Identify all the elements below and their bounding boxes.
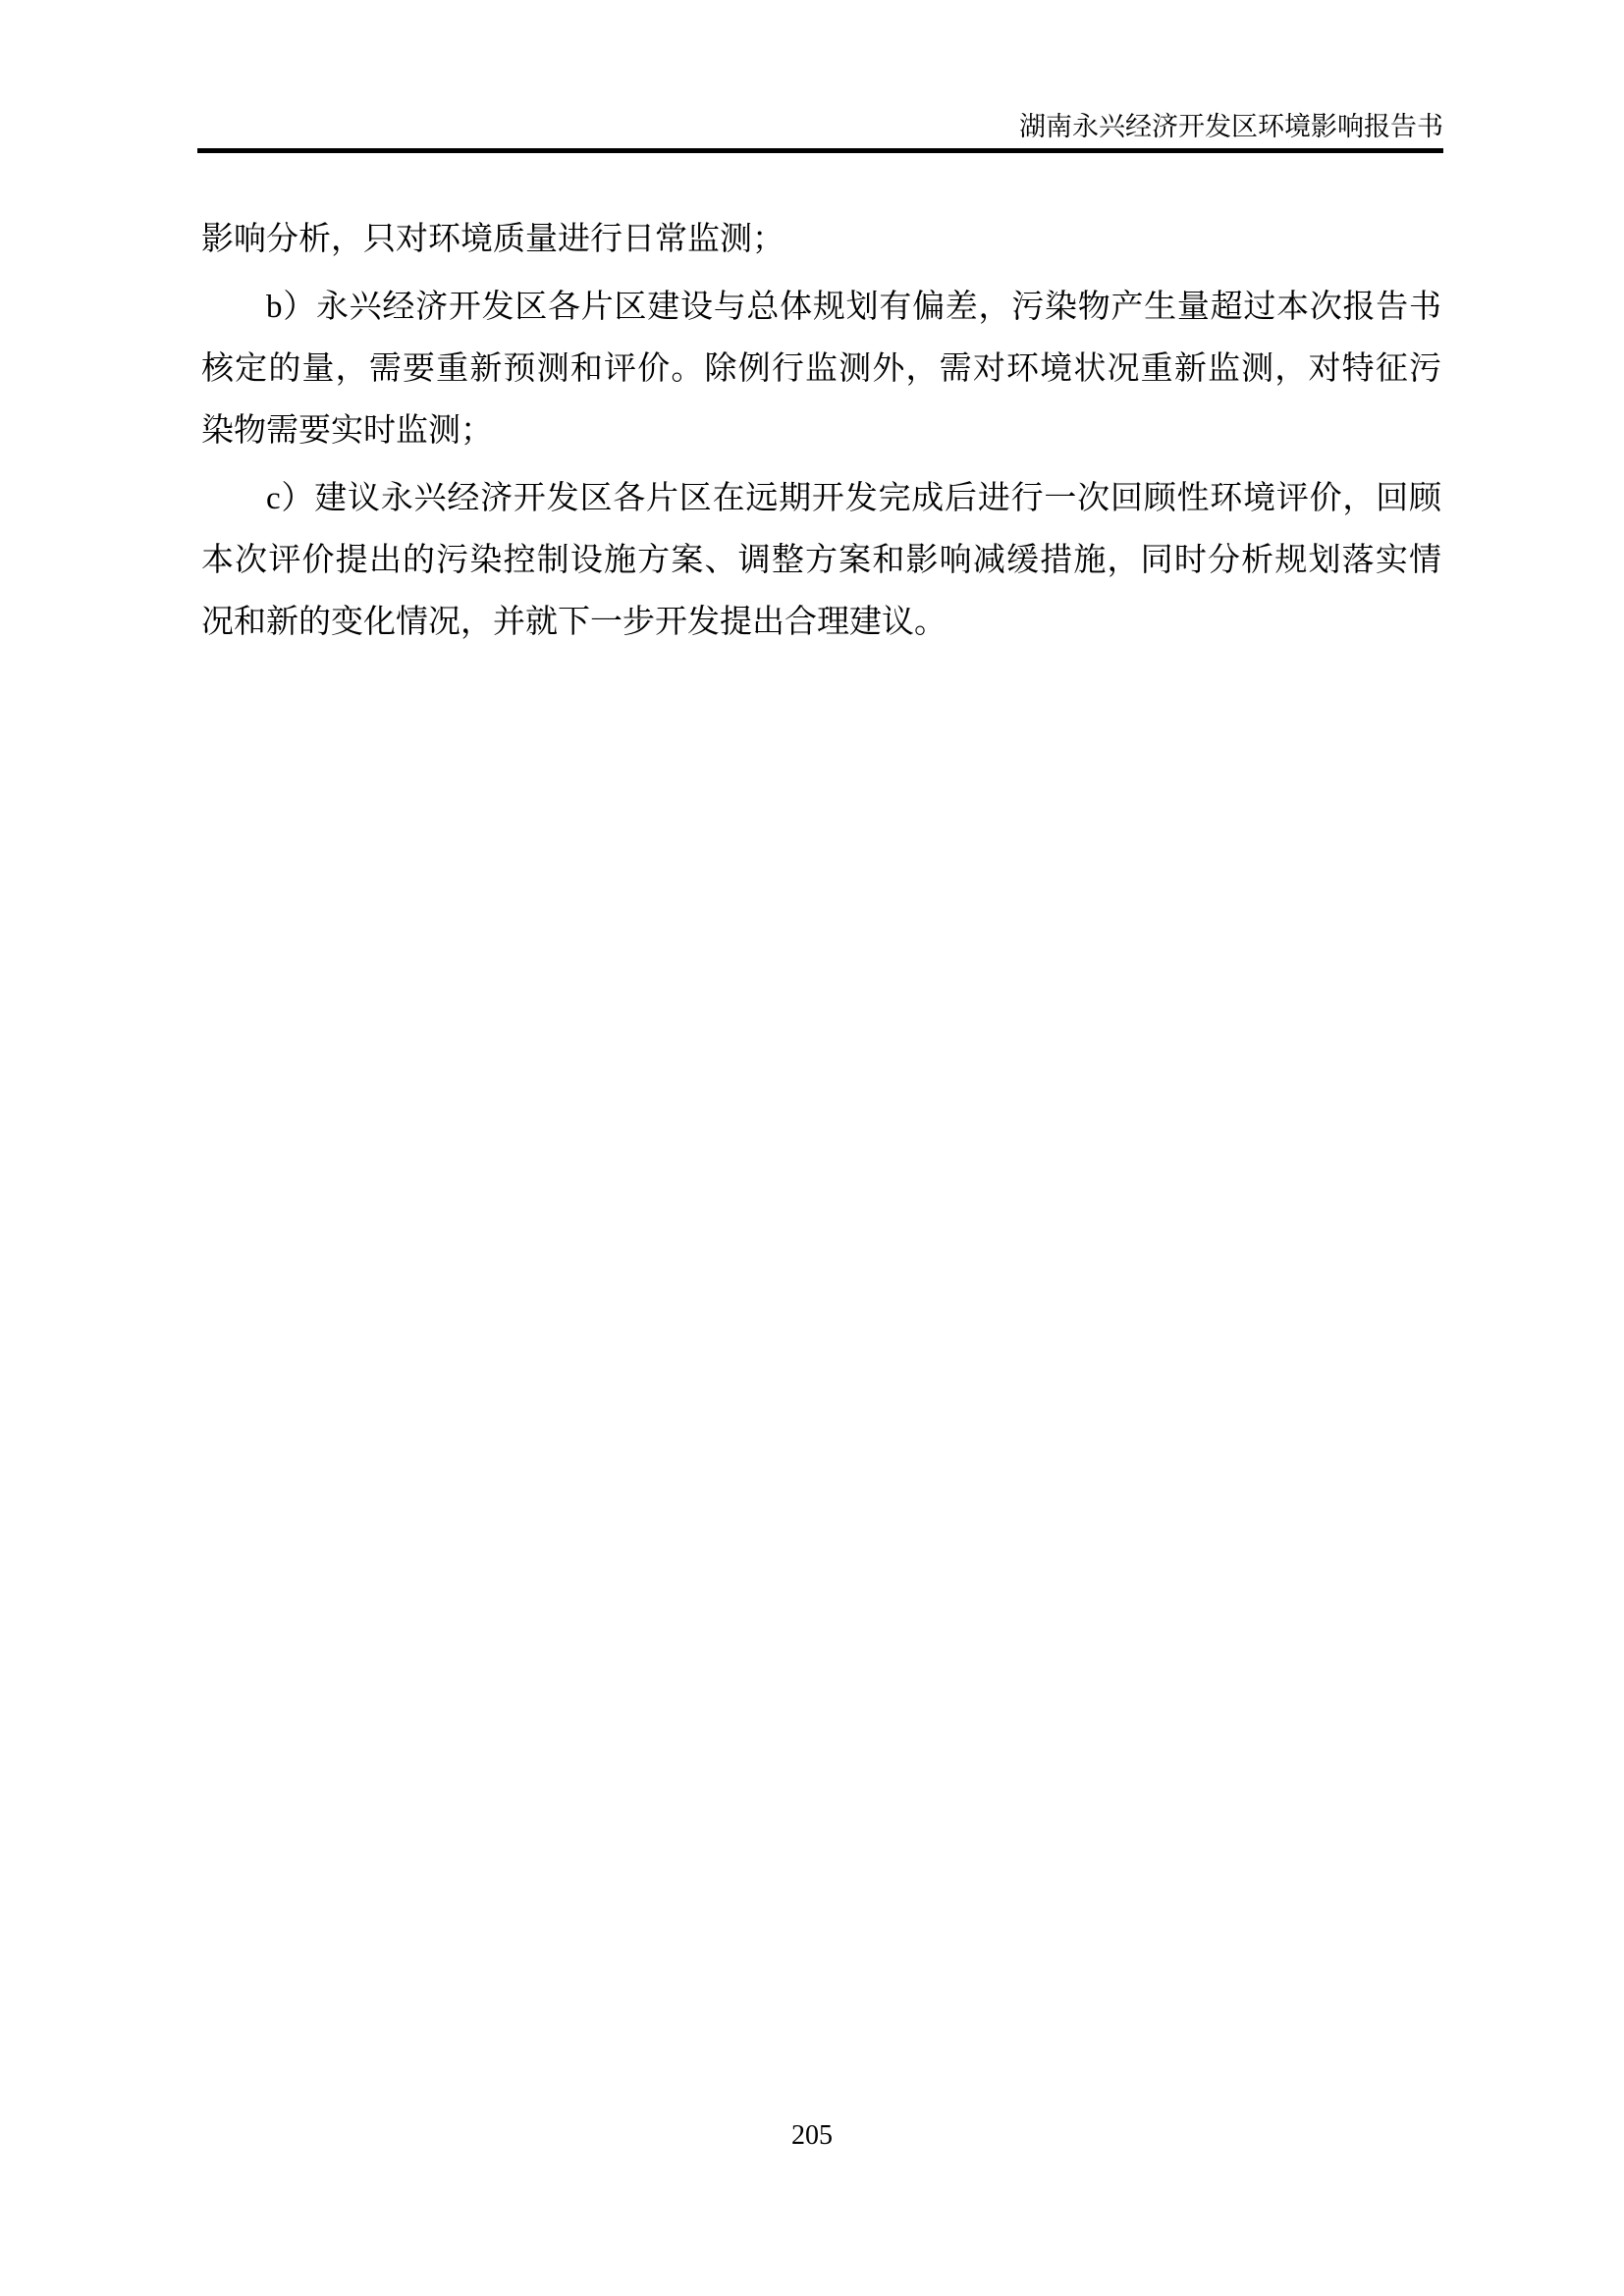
body-line: b）永兴经济开发区各片区建设与总体规划有偏差，污染物产生量超过本次报告书 <box>201 277 1441 339</box>
body-line: 核定的量，需要重新预测和评价。除例行监测外，需对环境状况重新监测，对特征污 <box>201 339 1441 400</box>
body-text: 影响分析，只对环境质量进行日常监测； b）永兴经济开发区各片区建设与总体规划有偏… <box>201 209 1441 654</box>
body-line: 本次评价提出的污染控制设施方案、调整方案和影响减缓措施，同时分析规划落实情 <box>201 530 1441 592</box>
body-line: 况和新的变化情况，并就下一步开发提出合理建议。 <box>201 592 1441 654</box>
body-line: 影响分析，只对环境质量进行日常监测； <box>201 209 1441 271</box>
body-line: c）建议永兴经济开发区各片区在远期开发完成后进行一次回顾性环境评价，回顾 <box>201 468 1441 530</box>
body-line: 染物需要实时监测； <box>201 400 1441 462</box>
header-title: 湖南永兴经济开发区环境影响报告书 <box>197 110 1443 143</box>
page-number: 205 <box>0 2119 1624 2153</box>
header-rule <box>197 148 1443 153</box>
document-page: 湖南永兴经济开发区环境影响报告书 影响分析，只对环境质量进行日常监测； b）永兴… <box>0 0 1624 2296</box>
